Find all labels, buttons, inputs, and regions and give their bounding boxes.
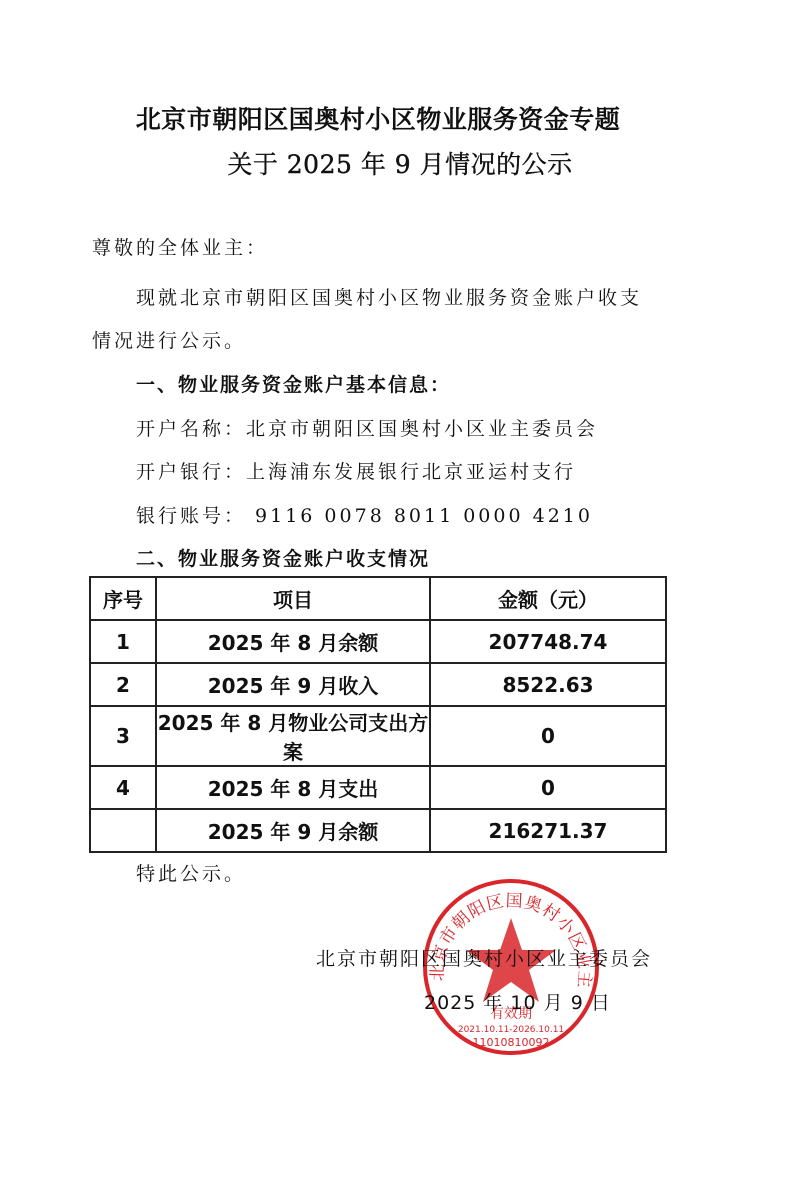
row-amount: 207748.74	[430, 620, 666, 663]
row-no: 4	[90, 766, 156, 809]
table-row: 4 2025 年 8 月支出 0	[90, 766, 666, 809]
header-amount: 金额（元）	[430, 577, 666, 620]
seal-code: 11010810092	[473, 1036, 550, 1049]
row-item: 2025 年 8 月余额	[156, 620, 430, 663]
row-no: 1	[90, 620, 156, 663]
funds-table: 序号 项目 金额（元） 1 2025 年 8 月余额 207748.74 2 2…	[89, 576, 667, 853]
row-no: 2	[90, 663, 156, 706]
closing-text: 特此公示。	[136, 859, 246, 886]
seal-validity: 2021.10.11-2026.10.11	[458, 1025, 564, 1035]
account-name: 开户名称：北京市朝阳区国奥村小区业主委员会	[136, 414, 598, 441]
row-item: 2025 年 8 月物业公司支出方案	[156, 706, 430, 766]
section1-heading: 一、物业服务资金账户基本信息：	[136, 370, 451, 397]
account-bank: 开户银行：上海浦东发展银行北京亚运村支行	[136, 457, 576, 484]
row-item: 2025 年 9 月余额	[156, 809, 430, 852]
document-title-line2: 关于 2025 年 9 月情况的公示	[0, 145, 800, 181]
header-item: 项目	[156, 577, 430, 620]
signature-date: 2025 年 10 月 9 日	[424, 988, 611, 1015]
intro-line2: 情况进行公示。	[92, 326, 246, 353]
table-row: 2 2025 年 9 月收入 8522.63	[90, 663, 666, 706]
row-item: 2025 年 8 月支出	[156, 766, 430, 809]
section2-heading: 二、物业服务资金账户收支情况	[136, 544, 430, 571]
row-no	[90, 809, 156, 852]
document-title-line1: 北京市朝阳区国奥村小区物业服务资金专题	[0, 100, 778, 136]
row-item: 2025 年 9 月收入	[156, 663, 430, 706]
salutation: 尊敬的全体业主：	[92, 233, 268, 260]
table-row: 3 2025 年 8 月物业公司支出方案 0	[90, 706, 666, 766]
table-row-total: 2025 年 9 月余额 216271.37	[90, 809, 666, 852]
row-no: 3	[90, 706, 156, 766]
table-header-row: 序号 项目 金额（元）	[90, 577, 666, 620]
table-row: 1 2025 年 8 月余额 207748.74	[90, 620, 666, 663]
account-number: 银行账号： 9116 0078 8011 0000 4210	[136, 501, 593, 528]
row-amount: 0	[430, 706, 666, 766]
row-amount: 0	[430, 766, 666, 809]
intro-line1: 现就北京市朝阳区国奥村小区物业服务资金账户收支	[136, 283, 642, 310]
row-amount: 8522.63	[430, 663, 666, 706]
signature-org: 北京市朝阳区国奥村小区业主委员会	[316, 944, 652, 971]
header-no: 序号	[90, 577, 156, 620]
row-amount: 216271.37	[430, 809, 666, 852]
